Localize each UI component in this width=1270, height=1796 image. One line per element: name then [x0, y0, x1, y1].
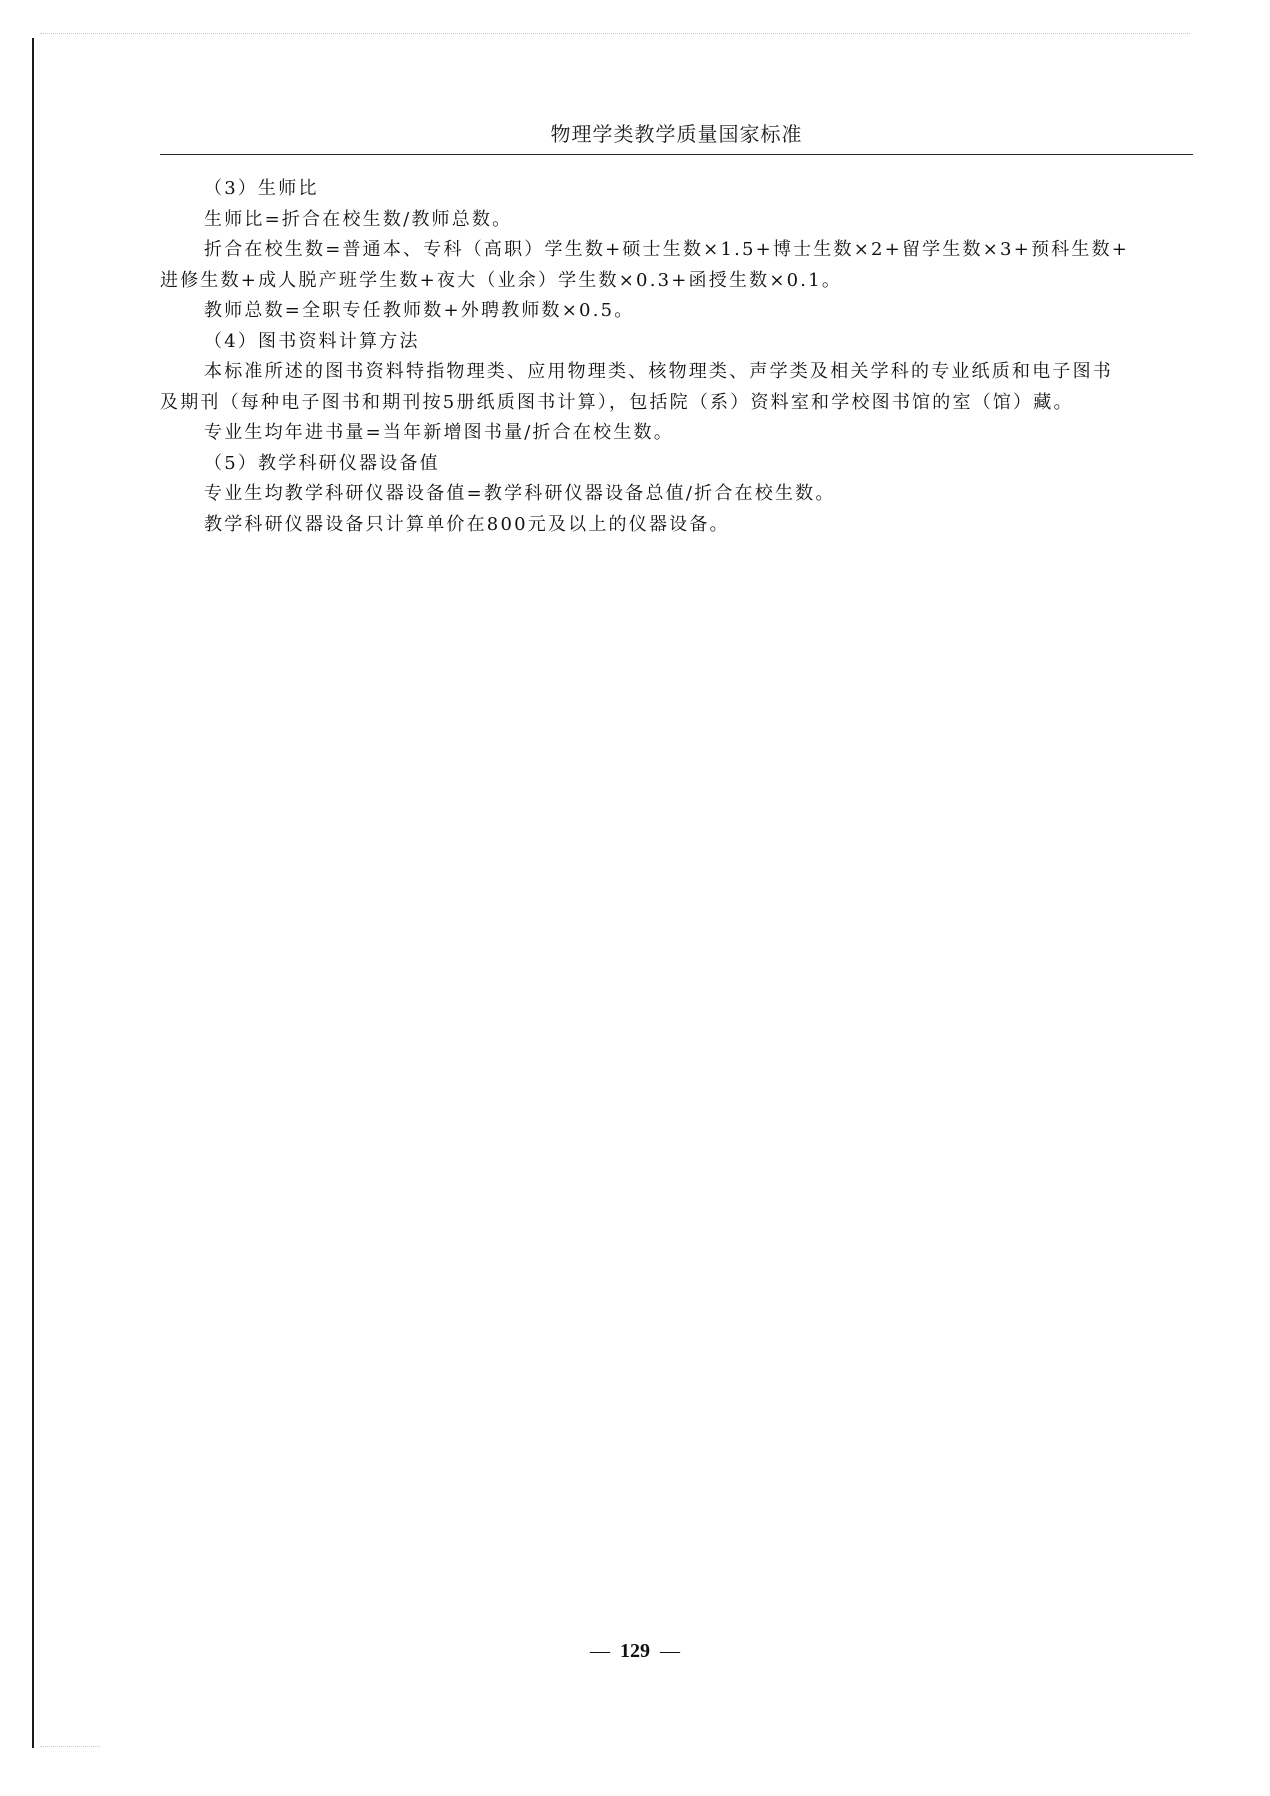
- dash-left: —: [590, 1640, 610, 1663]
- paragraph-line: 进修生数+成人脱产班学生数+夜大（业余）学生数×0.3+函授生数×0.1。: [160, 266, 1200, 297]
- header-rule: [160, 154, 1193, 155]
- paragraph-line: 生师比=折合在校生数/教师总数。: [160, 205, 1200, 236]
- scan-page-border: [32, 38, 34, 1748]
- paragraph-line: 本标准所述的图书资料特指物理类、应用物理类、核物理类、声学类及相关学科的专业纸质…: [160, 357, 1200, 388]
- document-body: （3）生师比 生师比=折合在校生数/教师总数。 折合在校生数=普通本、专科（高职…: [160, 174, 1200, 540]
- paragraph-line: 专业生均教学科研仪器设备值=教学科研仪器设备总值/折合在校生数。: [160, 479, 1200, 510]
- section-heading-student-teacher-ratio: （3）生师比: [160, 174, 1200, 205]
- running-header: 物理学类教学质量国家标准: [160, 118, 1193, 147]
- paragraph-line: 及期刊（每种电子图书和期刊按5册纸质图书计算），包括院（系）资料室和学校图书馆的…: [160, 388, 1200, 419]
- paragraph-line: 教学科研仪器设备只计算单价在800元及以上的仪器设备。: [160, 510, 1200, 541]
- paragraph-line: 折合在校生数=普通本、专科（高职）学生数+硕士生数×1.5+博士生数×2+留学生…: [160, 235, 1200, 266]
- section-heading-equipment-value: （5）教学科研仪器设备值: [160, 449, 1200, 480]
- paragraph-line: 专业生均年进书量=当年新增图书量/折合在校生数。: [160, 418, 1200, 449]
- section-heading-library-materials: （4）图书资料计算方法: [160, 327, 1200, 358]
- scan-noise-top: [40, 33, 1190, 35]
- scan-noise-bottom: [40, 1746, 100, 1748]
- paragraph-line: 教师总数=全职专任教师数+外聘教师数×0.5。: [160, 296, 1200, 327]
- dash-right: —: [660, 1640, 680, 1663]
- page-number-footer: —129—: [0, 1640, 1270, 1663]
- page-number: 129: [620, 1640, 650, 1662]
